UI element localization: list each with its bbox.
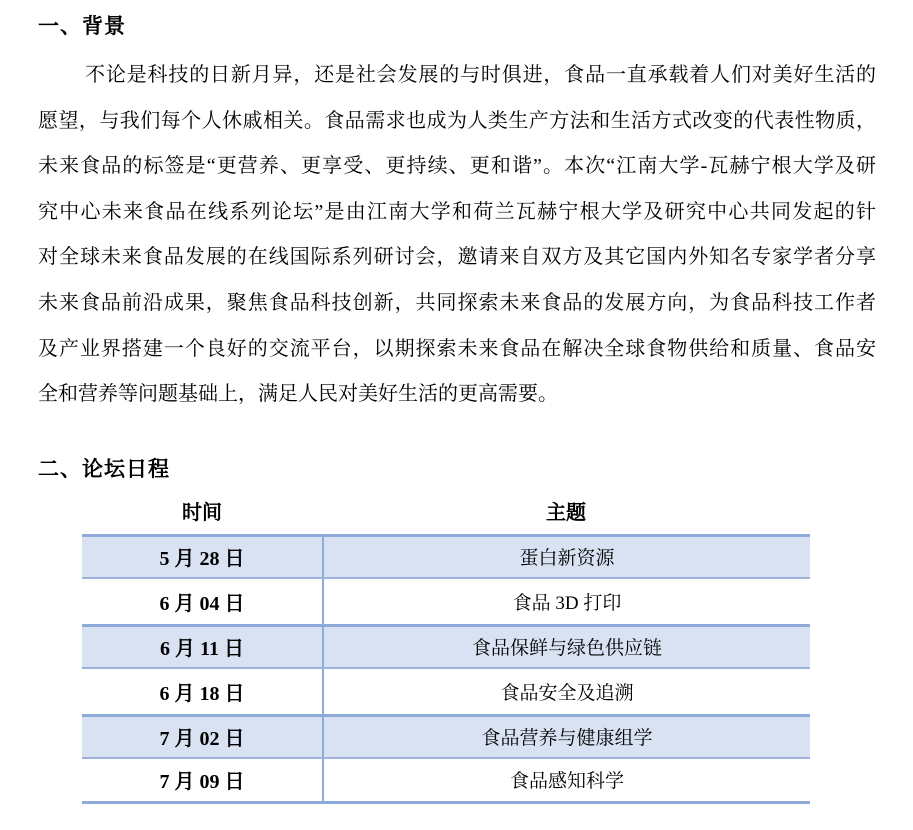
paragraph-line: 对全球未来食品发展的在线国际系列研讨会，邀请来自双方及其它国内外知名专家学者分享 bbox=[38, 235, 876, 281]
paragraph-line: 未来食品的标签是“更营养、更享受、更持续、更和谐”。本次“江南大学-瓦赫宁根大学… bbox=[38, 144, 876, 190]
column-header-time: 时间 bbox=[82, 499, 322, 527]
date-cell: 6 月 04 日 bbox=[82, 579, 322, 624]
table-row: 6 月 04 日 食品 3D 打印 bbox=[82, 579, 810, 624]
table-row: 7 月 02 日 食品营养与健康组学 bbox=[82, 714, 810, 759]
paragraph-line: 未来食品前沿成果，聚焦食品科技创新，共同探索未来食品的发展方向，为食品科技工作者 bbox=[38, 281, 876, 327]
table-header-row: 时间 主题 bbox=[82, 499, 810, 527]
topic-cell: 食品营养与健康组学 bbox=[322, 717, 810, 757]
table-row: 6 月 11 日 食品保鲜与绿色供应链 bbox=[82, 624, 810, 669]
date-cell: 6 月 11 日 bbox=[82, 627, 322, 667]
topic-cell: 食品保鲜与绿色供应链 bbox=[322, 627, 810, 667]
schedule-table: 5 月 28 日 蛋白新资源 6 月 04 日 食品 3D 打印 6 月 11 … bbox=[82, 534, 810, 804]
background-paragraph: 不论是科技的日新月异，还是社会发展的与时俱进，食品一直承载着人们对美好生活的 愿… bbox=[38, 53, 876, 418]
section2-heading: 二、论坛日程 bbox=[38, 456, 876, 484]
paragraph-line: 全和营养等问题基础上，满足人民对美好生活的更高需要。 bbox=[38, 372, 876, 418]
topic-cell: 食品安全及追溯 bbox=[322, 669, 810, 714]
topic-cell: 蛋白新资源 bbox=[322, 537, 810, 577]
document-page: 一、背景 不论是科技的日新月异，还是社会发展的与时俱进，食品一直承载着人们对美好… bbox=[0, 0, 913, 830]
date-cell: 5 月 28 日 bbox=[82, 537, 322, 577]
table-row: 5 月 28 日 蛋白新资源 bbox=[82, 534, 810, 579]
column-header-topic: 主题 bbox=[322, 499, 810, 527]
table-row: 6 月 18 日 食品安全及追溯 bbox=[82, 669, 810, 714]
date-cell: 7 月 02 日 bbox=[82, 717, 322, 757]
paragraph-line: 究中心未来食品在线系列论坛”是由江南大学和荷兰瓦赫宁根大学及研究中心共同发起的针 bbox=[38, 190, 876, 236]
date-cell: 6 月 18 日 bbox=[82, 669, 322, 714]
table-row: 7 月 09 日 食品感知科学 bbox=[82, 759, 810, 804]
topic-cell: 食品 3D 打印 bbox=[322, 579, 810, 624]
section1-heading: 一、背景 bbox=[38, 12, 876, 42]
paragraph-line: 愿望，与我们每个人休戚相关。食品需求也成为人类生产方法和生活方式改变的代表性物质… bbox=[38, 99, 876, 145]
paragraph-line: 及产业界搭建一个良好的交流平台，以期探索未来食品在解决全球食物供给和质量、食品安 bbox=[38, 327, 876, 373]
topic-cell: 食品感知科学 bbox=[322, 759, 810, 801]
date-cell: 7 月 09 日 bbox=[82, 759, 322, 801]
paragraph-line: 不论是科技的日新月异，还是社会发展的与时俱进，食品一直承载着人们对美好生活的 bbox=[38, 53, 876, 99]
